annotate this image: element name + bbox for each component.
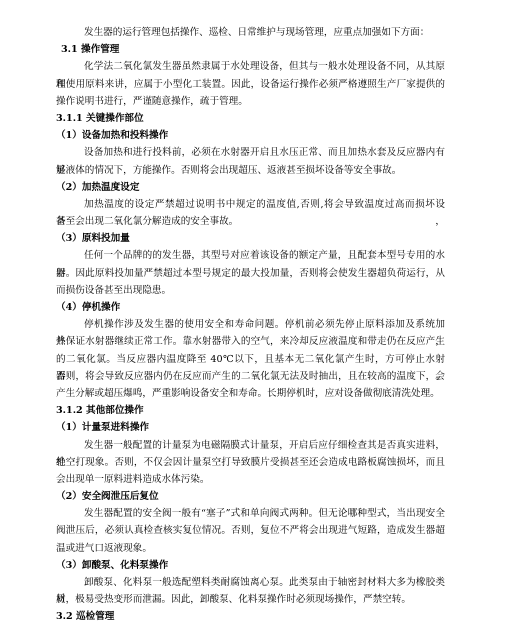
text-line: 任何一个品牌的的发生器，其型号对应着该设备的额定产量，且配套本型号专用的水射 xyxy=(56,247,445,264)
text-line: 和使用原料来讲，应属于小型化工装置。因此，设备运行操作必须严格遵照生产厂家提供的 xyxy=(56,76,445,93)
heading-line: 3.1 操作管理 xyxy=(56,41,445,58)
text-line: 会出现单一原料进料造成水体污染。 xyxy=(56,471,445,488)
heading-line: （3）原料投加量 xyxy=(56,230,445,247)
text-line: 产生分解或超压爆鸣，严重影响设备安全和寿命。长期停机时，应对设备做彻底清洗处理。 xyxy=(56,385,445,402)
text-line: 发生器配置的安全阀一般有“塞子”式和单向阀式两种。但无论哪种型式，当出现安全 xyxy=(56,505,445,522)
text-line: 化学法二氧化氯发生器虽然隶属于水处理设备，但其与一般水处理设备不同，从其原理 xyxy=(56,58,445,75)
text-line: 绝空打现象。否则，不仅会因计量泵空打导致膜片受损甚至还会造成电路板腐蚀损坏，而且 xyxy=(56,454,445,471)
text-line: 操作说明书进行，严谨随意操作，疏于管理。 xyxy=(56,93,445,110)
text-line: 否则，将会导致反应器内仍在反应而产生的二氧化氯无法及时抽出，且在较高的温度下，会 xyxy=(56,368,445,385)
text-line: 温或进气口返液现象。 xyxy=(56,540,445,557)
heading-line: 3.1.1 关键操作部位 xyxy=(56,110,445,127)
text-line: 够液体的情况下，方能操作。否则将会出现超压、返液甚至损坏设备等安全事故。 xyxy=(56,162,445,179)
heading-line: （1）设备加热和投料操作 xyxy=(56,127,445,144)
text-line: 发生器的运行管理包括操作、巡检、日常维护与现场管理，应重点加强如下方面： xyxy=(56,24,445,41)
text-line: 设备加热和进行投料前，必须在水射器开启且水压正常、而且加热水套及反应器内有足 xyxy=(56,144,445,161)
text-line: 并保证水射器继续正常工作。靠水射器带入的空气，来冷却反应液温度和带走仍在反应产生 xyxy=(56,333,445,350)
text-line: 卸酸泵、化料泵一般选配塑料类耐腐蚀离心泵。此类泵由于轴密封材料大多为橡胶类材 xyxy=(56,574,445,591)
text-line: 而损伤设备甚至出现隐患。 xyxy=(56,282,445,299)
heading-line: （1）计量泵进料操作 xyxy=(56,419,445,436)
text-line: 加热温度的设定严禁超过说明书中规定的温度值,否则,将会导致温度过高而损坏设备， xyxy=(56,196,445,213)
text-line: 阀泄压后，必须认真检查核实复位情况。否则，复位不严将会出现进气短路，造成发生器超 xyxy=(56,522,445,539)
heading-line: 3.2 巡检管理 xyxy=(56,608,445,625)
text-line: 器。因此原料投加量严禁超过本型号规定的最大投加量，否则将会使发生器超负荷运行，从 xyxy=(56,265,445,282)
document-page: 发生器的运行管理包括操作、巡检、日常维护与现场管理，应重点加强如下方面：3.1 … xyxy=(0,0,521,630)
heading-line: （2）安全阀泄压后复位 xyxy=(56,488,445,505)
document-body: 发生器的运行管理包括操作、巡检、日常维护与现场管理，应重点加强如下方面：3.1 … xyxy=(56,24,445,626)
heading-line: （4）停机操作 xyxy=(56,299,445,316)
heading-line: 3.1.2 其他部位操作 xyxy=(56,402,445,419)
heading-line: （2）加热温度设定 xyxy=(56,179,445,196)
text-line: 质，极易受热变形而泄漏。因此，卸酸泵、化料泵操作时必须现场操作，严禁空转。 xyxy=(56,591,445,608)
heading-line: （3）卸酸泵、化料泵操作 xyxy=(56,557,445,574)
text-line: 停机操作涉及发生器的使用安全和寿命问题。停机前必须先停止原料添加及系统加热， xyxy=(56,316,445,333)
text-line: 发生器一般配置的计量泵为电磁隔膜式计量泵，开启后应仔细检查其是否真实进料，杜 xyxy=(56,437,445,454)
text-line: 的二氧化氯。当反应器内温度降至 40℃以下，且基本无二氧化氯产生时，方可停止水射… xyxy=(56,351,445,368)
